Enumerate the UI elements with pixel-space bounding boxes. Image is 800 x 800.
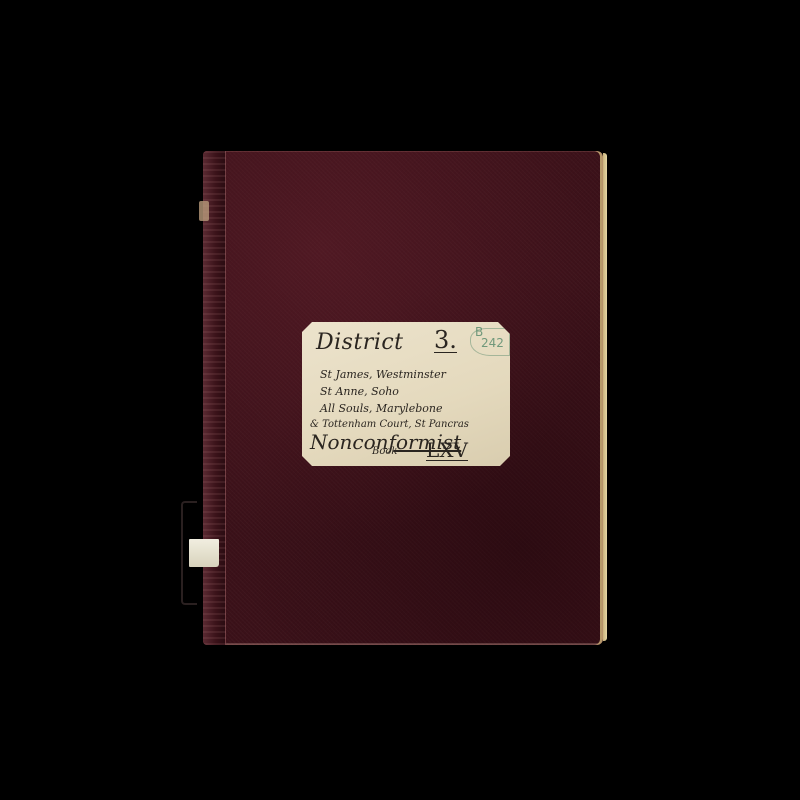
- spine-wear-mark: [199, 201, 209, 221]
- parish-line: & Tottenham Court, St Pancras: [310, 419, 469, 430]
- stamp-number: 242: [481, 336, 504, 350]
- district-number: 3.: [434, 328, 457, 353]
- parish-line: St Anne, Soho: [320, 385, 399, 398]
- cover-label: District 3. B 242 St James, Westminster …: [302, 322, 510, 466]
- book-prefix: Book: [372, 446, 397, 457]
- parish-line: All Souls, Marylebone: [320, 402, 442, 415]
- parish-line: St James, Westminster: [320, 368, 446, 381]
- page-edge: [603, 153, 607, 641]
- spine-paper-tag: [189, 539, 219, 567]
- book-spine: [203, 151, 226, 645]
- label-title: District: [316, 330, 404, 355]
- book-number: LXV: [426, 440, 468, 461]
- archive-stamp: B 242: [470, 328, 510, 356]
